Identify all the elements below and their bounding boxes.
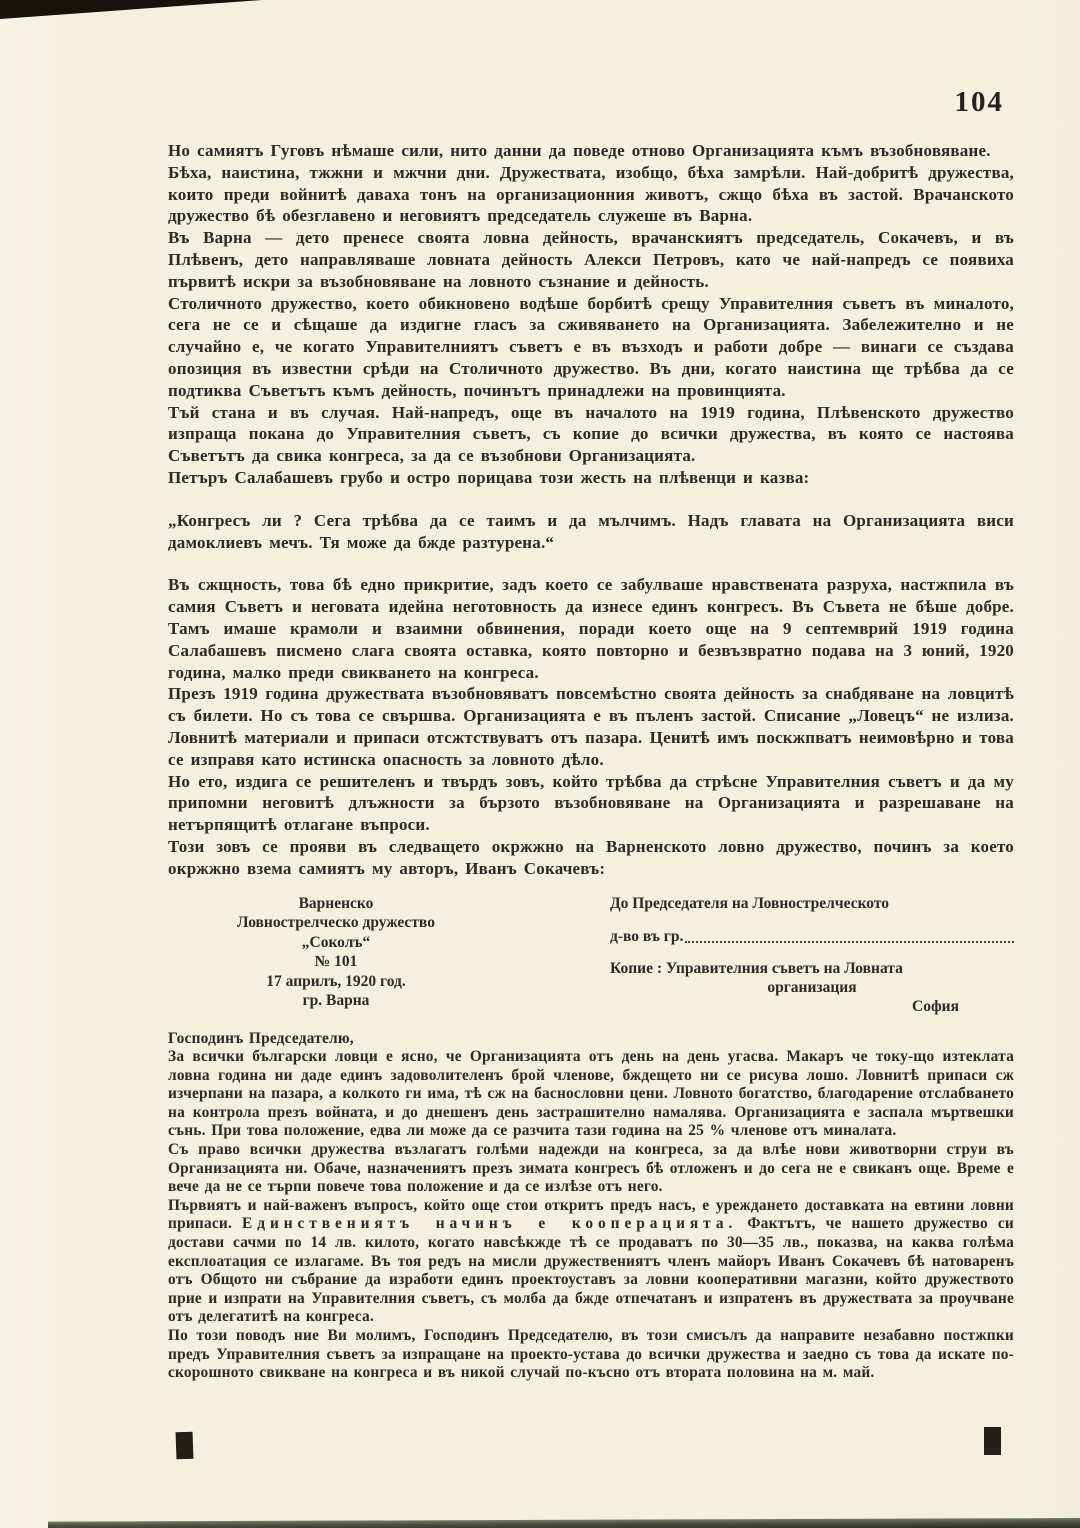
sender-town-line: гр. Варна [186, 991, 486, 1011]
copy-line: Копие : Управителния съветъ на Ловната [610, 959, 1014, 978]
sender-date-line: 17 априлъ, 1920 год. [186, 972, 486, 992]
letter-salutation: Господинъ Председателю, [168, 1030, 1014, 1049]
print-registration-mark-left [176, 1432, 194, 1460]
destination-prefix: д-во въ гр. [610, 927, 683, 946]
text-column: Но самиятъ Гуговъ нѣмаше сили, нито данн… [168, 140, 1014, 1383]
copy-line-2: организация [610, 978, 1014, 997]
sender-name-line: „Соколъ“ [186, 933, 486, 953]
paragraph: Бѣха, наистина, тжжни и мжчни дни. Друже… [168, 162, 1014, 227]
paragraph: Столичното дружество, което обикновено в… [168, 293, 1014, 402]
page-number: 104 [955, 86, 1005, 119]
paragraph: Този зовъ се прояви въ следващето окржжн… [168, 836, 1014, 880]
dotted-fill-line [685, 941, 1014, 943]
paragraph: Тъй стана и въ случая. Най-напредъ, още … [168, 402, 1014, 467]
letter-spaced-emphasis: Единствениятъ начинъ е кооперацията. [242, 1215, 737, 1232]
block-quote: „Конгресъ ли ? Сега трѣбва да се таимъ и… [168, 510, 1014, 554]
letter-body: Господинъ Председателю, За всички българ… [168, 1030, 1014, 1383]
addressee-line: До Председателя на Ловнострелческото [610, 894, 1014, 913]
scan-edge-artifact-bottom [48, 1518, 1080, 1528]
sender-number-line: № 101 [186, 952, 486, 972]
addressee-city: София [610, 997, 1014, 1016]
sender-city-line: Варненско [186, 894, 486, 914]
scan-edge-artifact-top-left [0, 0, 262, 19]
letter-paragraph: За всички български ловци е ясно, че Орг… [168, 1048, 1014, 1141]
letter-paragraph: По този поводъ ние Ви молимъ, Господинъ … [168, 1327, 1014, 1383]
paragraph: Но самиятъ Гуговъ нѣмаше сили, нито данн… [168, 140, 1014, 162]
paragraph: Петъръ Салабашевъ грубо и остро порицава… [168, 467, 1014, 489]
paragraph: Въ сжщность, това бѣ едно прикритие, зад… [168, 574, 1014, 683]
scanned-book-page: 104 Но самиятъ Гуговъ нѣмаше сили, нито … [0, 0, 1080, 1528]
letterhead-sender-block: Варненско Ловнострелческо дружество „Сок… [186, 894, 486, 1016]
paragraph: Въ Варна — дето пренесе своята ловна дей… [168, 227, 1014, 292]
letterhead: Варненско Ловнострелческо дружество „Сок… [168, 894, 1014, 1016]
destination-line: д-во въ гр. [610, 927, 1014, 946]
sender-society-line: Ловнострелческо дружество [186, 913, 486, 933]
letter-paragraph: Съ право всички дружества възлагатъ голѣ… [168, 1141, 1014, 1197]
paragraph: Презъ 1919 година дружествата възобновяв… [168, 683, 1014, 770]
paragraph: Но ето, издига се решителенъ и твърдъ зо… [168, 771, 1014, 836]
letter-paragraph: Първиятъ и най-важенъ въпросъ, който още… [168, 1197, 1014, 1327]
letterhead-addressee-block: До Председателя на Ловнострелческото д-в… [610, 894, 1014, 1016]
print-registration-mark-right [984, 1427, 1001, 1455]
